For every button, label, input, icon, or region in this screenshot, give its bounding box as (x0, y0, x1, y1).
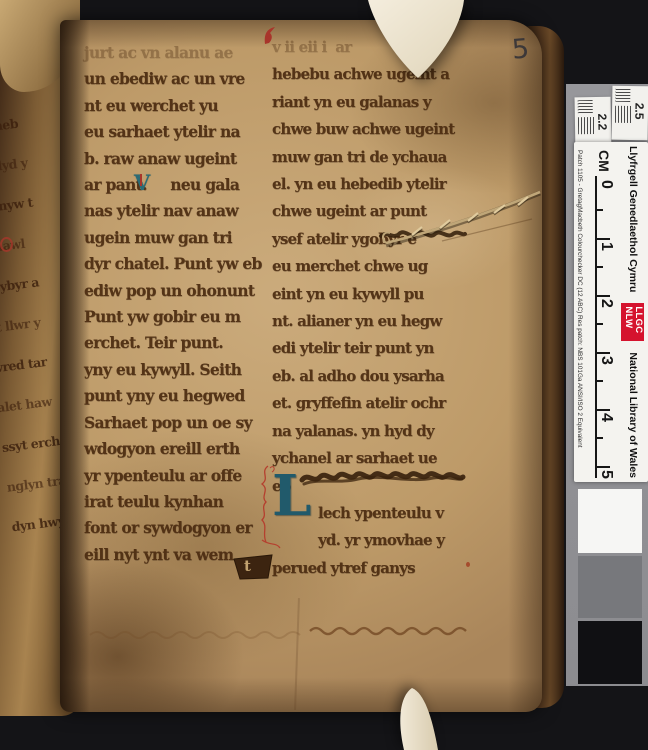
scale-number: 1 (597, 242, 615, 251)
manuscript-line: eu sarhaet ytelir na (84, 119, 276, 145)
library-name-english: National Library of Wales (627, 352, 639, 478)
library-name-welsh: Llyfrgell Genedlaethol Cymru (627, 146, 639, 292)
photo-stage: nt bar p ae heb unnllyd y r benyw t yr h… (0, 0, 648, 750)
manuscript-line: irat teulu kynhan (84, 489, 276, 515)
small-initial: V (134, 170, 150, 195)
manuscript-line: nt. alianer yn eu hegw (272, 308, 480, 335)
manuscript-line: erchet. Teir punt. (84, 330, 276, 356)
manuscript-line: Punt yw gobir eu m (84, 304, 276, 330)
manuscript-line: wdogyon ereill erth (84, 436, 276, 462)
ruler-tick (595, 295, 610, 297)
manuscript-line: riant yn eu galanas y (272, 89, 480, 116)
ruler-card: Llyfrgell Genedlaethol Cymru LLGC NLW Na… (574, 142, 648, 482)
ruler-tick (595, 238, 610, 240)
left-text-column: jurt ac vn alanu ae un ebediw ac un vre … (84, 40, 276, 568)
manuscript-line: font or sywdogyon er (84, 515, 276, 541)
page-weight-top (358, 0, 470, 84)
manuscript-line: ar pant. neu gala (84, 172, 276, 198)
manuscript-line: eu merchet chwe ug (272, 253, 480, 280)
small-initial-red-stroke (140, 174, 142, 186)
patch-label: 2.2 (595, 113, 609, 130)
manuscript-line: punt yny eu hegwed (84, 383, 276, 409)
scale-number: 0 (597, 180, 615, 189)
manuscript-line: dyr chatel. Punt yw eb (84, 251, 276, 277)
manuscript-line: yd. yr ymovhae y (272, 527, 480, 554)
manuscript-line: un ebediw ac un vre (84, 66, 276, 92)
manuscript-line: Sarhaet pop un oe sy (84, 410, 276, 436)
ruler-tick (595, 409, 610, 411)
ruler-header: Llyfrgell Genedlaethol Cymru LLGC NLW Na… (621, 146, 645, 478)
cancellation-scribble (298, 470, 468, 490)
manuscript-line: b. raw anaw ugeint (84, 146, 276, 172)
ruler-tick (595, 466, 610, 468)
manuscript-line: chwe buw achwe ugeint (272, 116, 480, 143)
grayscale-patch-white (578, 489, 642, 553)
page-weight-bottom (384, 684, 452, 750)
manuscript-line: ediw pop un ohonunt (84, 278, 276, 304)
scale-number: 2 (597, 299, 615, 308)
scale-strip: 2.2 2.5 Llyfrgell Genedlaethol Cymru LLG… (566, 84, 648, 686)
manuscript-page: 5 jurt ac vn alanu ae un ebediw ac un vr… (60, 20, 542, 712)
manuscript-line: yny eu kywyll. Seith (84, 357, 276, 383)
manuscript-line: et. gryffefin atelir ochr (272, 390, 480, 417)
repair-stitching (382, 185, 544, 251)
patch-label: 2.5 (633, 103, 647, 120)
scale-number: 4 (597, 413, 615, 422)
ruler-scale: CM 0 1 2 3 4 5 (588, 146, 620, 480)
grayscale-patch-gray (578, 556, 642, 618)
end-mark-glyph: t (244, 557, 251, 575)
scale-number: 3 (597, 356, 615, 365)
red-ring-mark (0, 237, 13, 252)
resolution-patch-right: 2.5 (612, 86, 648, 141)
manuscript-line: na yalanas. yn hyd dy (272, 418, 480, 445)
folio-number: 5 (511, 33, 531, 65)
manuscript-line: nas ytelir nav anaw (84, 198, 276, 224)
grayscale-patch-black (578, 621, 642, 684)
badge-line: NLW (623, 306, 633, 341)
badge-line: LLGC (633, 306, 643, 341)
quire-end-mark (230, 553, 276, 581)
manuscript-line: muw gan tri de ychaua (272, 144, 480, 171)
stripe-pattern (578, 117, 595, 134)
ruler-baseline (595, 176, 597, 478)
manuscript-line: perued ytref ganys (272, 555, 480, 582)
scale-number: 5 (597, 470, 615, 479)
manuscript-line: yr ypenteulu ar offe (84, 463, 276, 489)
stripe-pattern (615, 89, 630, 102)
manuscript-line: nt eu werchet yu (84, 93, 276, 119)
patch-info-text: Patch 1105 - GretagMacbeth Colourchecker… (576, 150, 583, 480)
rubric-mark-icon (262, 26, 278, 46)
manuscript-line: ugein muw gan tri (84, 225, 276, 251)
stripe-pattern (615, 106, 632, 123)
wavy-pen-line (85, 615, 475, 645)
manuscript-line: eb. al adho dou ysarha (272, 363, 480, 390)
cm-label: CM (596, 150, 612, 172)
manuscript-line: eint yn eu kywyll pu (272, 281, 480, 308)
manuscript-line: jurt ac vn alanu ae (84, 40, 276, 66)
manuscript-line: edi ytelir teir punt yn (272, 335, 480, 362)
ruler-tick (595, 352, 610, 354)
stripe-pattern (578, 100, 593, 113)
library-badge: LLGC NLW (622, 303, 645, 341)
